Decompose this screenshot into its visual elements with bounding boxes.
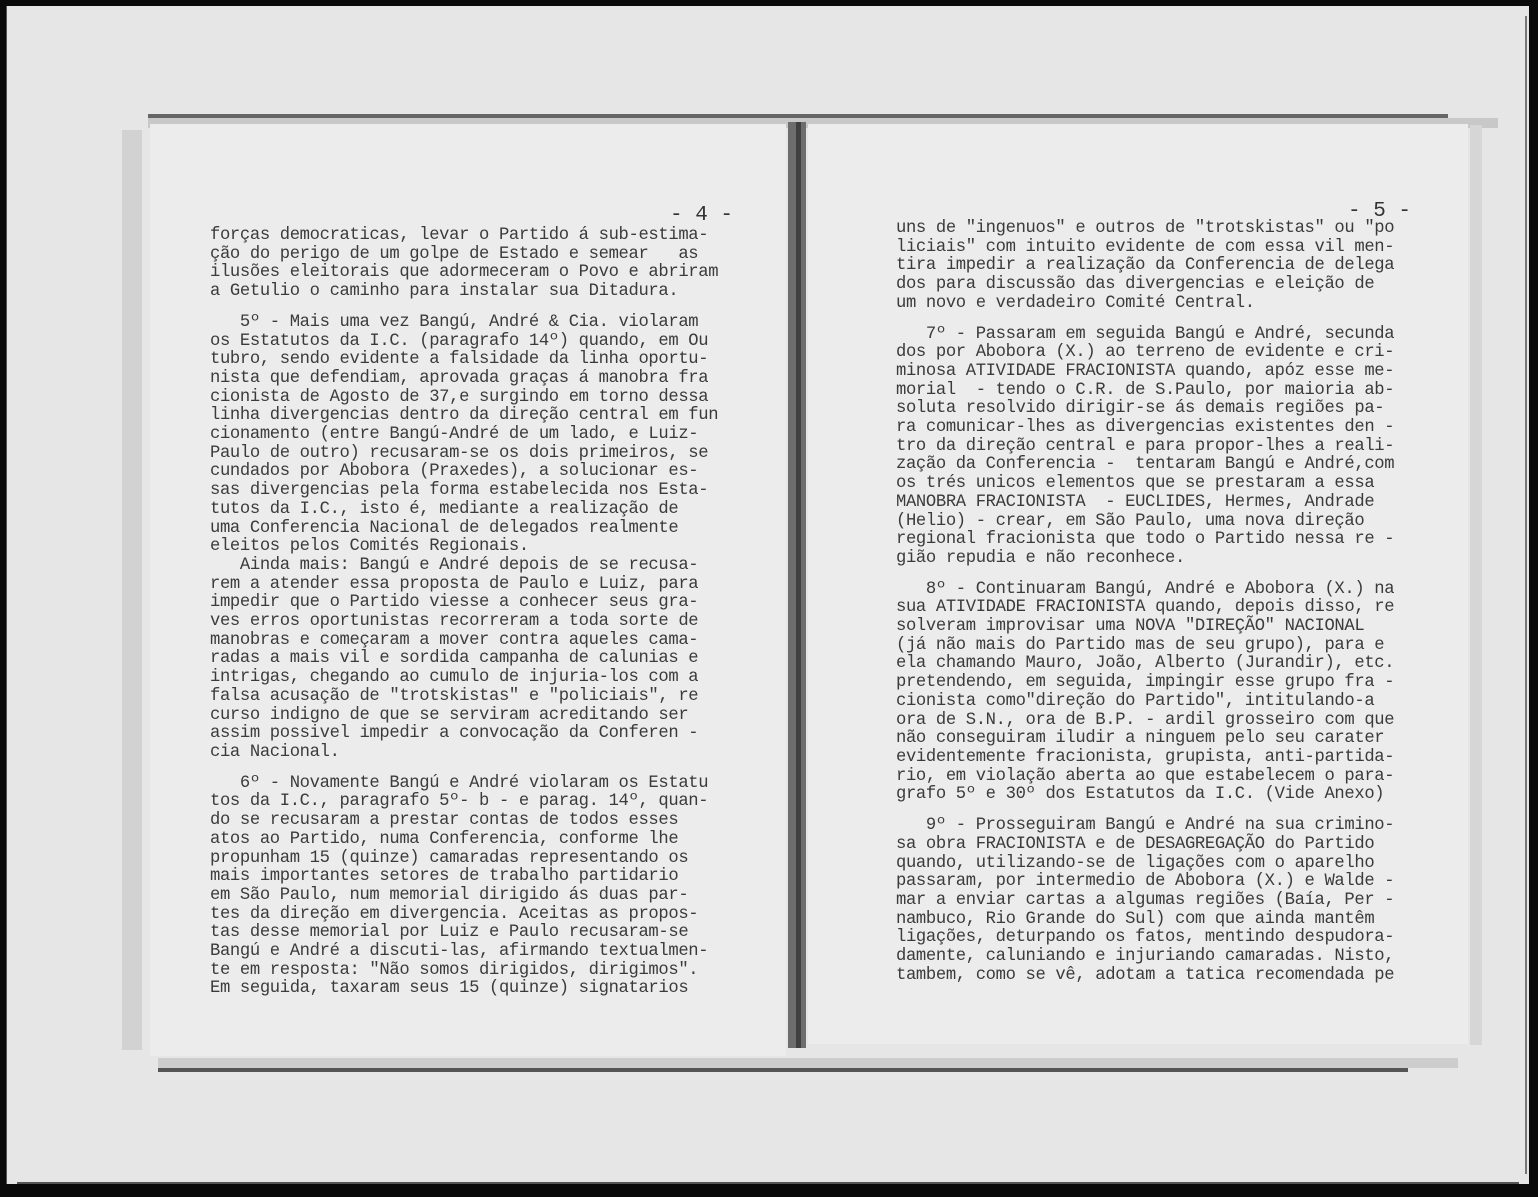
text-line: nista que defendiam, aprovada graças á m… (210, 370, 718, 389)
paragraph-gap (210, 763, 718, 775)
text-line: evidentemente fracionista, grupista, ant… (896, 749, 1394, 768)
text-line: Em seguida, taxaram seus 15 (quinze) sig… (210, 980, 718, 999)
text-line: eleitos pelos Comités Regionais. (210, 538, 718, 557)
text-line: rem a atender essa proposta de Paulo e L… (210, 576, 718, 595)
text-line: solveram improvisar uma NOVA "DIREÇÃO" N… (896, 618, 1394, 637)
paragraph-gap (210, 302, 718, 314)
text-line: atos ao Partido, numa Conferencia, confo… (210, 831, 718, 850)
text-line: liciais" com intuito evidente de com ess… (896, 239, 1394, 258)
text-line: sas divergencias pela forma estabelecida… (210, 482, 718, 501)
text-line: dos para discussão das divergencias e el… (896, 276, 1394, 295)
text-line: intrigas, chegando ao cumulo de injuria-… (210, 669, 718, 688)
text-line: tambem, como se vê, adotam a tatica reco… (896, 967, 1394, 986)
text-line: tro da direção central e para propor-lhe… (896, 438, 1394, 457)
paragraph: 5º - Mais uma vez Bangú, André & Cia. vi… (210, 314, 718, 763)
paragraph: 8º - Continuaram Bangú, André e Abobora … (896, 581, 1394, 805)
text-line: damente, caluniando e injuriando camarad… (896, 948, 1394, 967)
left-page: - 4 - forças democraticas, levar o Parti… (150, 124, 786, 1056)
text-line: tutos da I.C., isto é, mediante a realiz… (210, 501, 718, 520)
text-line: tas desse memorial por Luiz e Paulo recu… (210, 924, 718, 943)
text-line: ves erros oportunistas recorreram a toda… (210, 613, 718, 632)
frame-bottom-line (17, 1182, 1519, 1184)
book-bottom-edge-shadow (158, 1058, 1458, 1068)
paragraph: uns de "ingenuos" e outros de "trotskist… (896, 220, 1394, 314)
paragraph: 7º - Passaram em seguida Bangú e André, … (896, 326, 1394, 569)
text-line: cionista como"direção do Partido", intit… (896, 693, 1394, 712)
text-line: (já não mais do Partido mas de seu grupo… (896, 637, 1394, 656)
text-line: cundados por Abobora (Praxedes), a soluc… (210, 463, 718, 482)
text-line: os Estatutos da I.C. (paragrafo 14º) qua… (210, 333, 718, 352)
text-line: radas a mais vil e sordida campanha de c… (210, 650, 718, 669)
text-line: assim possivel impedir a convocação da C… (210, 725, 718, 744)
text-line: falsa acusação de "trotskistas" e "polic… (210, 688, 718, 707)
text-line: não conseguiram iludir a ninguem pelo se… (896, 730, 1394, 749)
text-line: impedir que o Partido viesse a conhecer … (210, 594, 718, 613)
text-line: rio, em violação aberta ao que estabelec… (896, 768, 1394, 787)
text-line: manobras e começaram a mover contra aque… (210, 632, 718, 651)
frame-edge-line (1525, 16, 1527, 1174)
text-line: dos por Abobora (X.) ao terreno de evide… (896, 344, 1394, 363)
text-line: gião repudia e não reconhece. (896, 550, 1394, 569)
text-line: 7º - Passaram em seguida Bangú e André, … (896, 326, 1394, 345)
text-line: tubro, sendo evidente a falsidade da lin… (210, 351, 718, 370)
right-page: - 5 - uns de "ingenuos" e outros de "tro… (808, 124, 1468, 1044)
text-line: 5º - Mais uma vez Bangú, André & Cia. vi… (210, 314, 718, 333)
text-line: os trés unicos elementos que se prestara… (896, 475, 1394, 494)
text-line: passaram, por intermedio de Abobora (X.)… (896, 873, 1394, 892)
text-line: sa obra FRACIONISTA e de DESAGREGAÇÃO do… (896, 836, 1394, 855)
text-line: linha divergencias dentro da direção cen… (210, 407, 718, 426)
text-line: soluta resolvido dirigir-se ás demais re… (896, 400, 1394, 419)
book-left-edge-shadow (122, 130, 142, 1050)
page-number: - 4 - (670, 204, 733, 227)
text-line: quando, utilizando-se de ligações com o … (896, 855, 1394, 874)
text-line: uns de "ingenuos" e outros de "trotskist… (896, 220, 1394, 239)
text-line: Ainda mais: Bangú e André depois de se r… (210, 557, 718, 576)
text-line: em São Paulo, num memorial dirigido ás d… (210, 887, 718, 906)
text-line: cia Nacional. (210, 744, 718, 763)
paragraph-gap (896, 314, 1394, 326)
book-right-edge-shadow (1470, 125, 1482, 1045)
text-line: propunham 15 (quinze) camaradas represen… (210, 850, 718, 869)
text-line: te em resposta: "Não somos dirigidos, di… (210, 962, 718, 981)
book-top-edge (148, 114, 1448, 118)
text-line: tes da direção em divergencia. Aceitas a… (210, 906, 718, 925)
text-line: mar a enviar cartas a algumas regiões (B… (896, 892, 1394, 911)
text-line: zação da Conferencia - tentaram Bangú e … (896, 456, 1394, 475)
text-line: cionamento (entre Bangú-André de um lado… (210, 426, 718, 445)
text-line: a Getulio o caminho para instalar sua Di… (210, 283, 718, 302)
paragraph: 6º - Novamente Bangú e André violaram os… (210, 775, 718, 999)
book-spine-line (796, 122, 801, 1048)
text-line: ora de S.N., ora de B.P. - ardil grossei… (896, 712, 1394, 731)
text-line: minosa ATIVIDADE FRACIONISTA quando, apó… (896, 363, 1394, 382)
text-line: pretendendo, em seguida, impingir esse g… (896, 674, 1394, 693)
text-line: cionista de Agosto de 37,e surgindo em t… (210, 389, 718, 408)
text-line: ela chamando Mauro, João, Alberto (Juran… (896, 655, 1394, 674)
text-line: forças democraticas, levar o Partido á s… (210, 227, 718, 246)
text-line: sua ATIVIDADE FRACIONISTA quando, depois… (896, 599, 1394, 618)
text-line: Paulo de outro) recusaram-se os dois pri… (210, 445, 718, 464)
text-line: regional fracionista que todo o Partido … (896, 531, 1394, 550)
text-line: mais importantes setores de trabalho par… (210, 868, 718, 887)
text-line: ilusões eleitorais que adormeceram o Pov… (210, 264, 718, 283)
text-line: ra comunicar-lhes as divergencias existe… (896, 419, 1394, 438)
book-bottom-edge (158, 1068, 1408, 1072)
page-body: forças democraticas, levar o Partido á s… (210, 227, 718, 999)
text-line: ção do perigo de um golpe de Estado e se… (210, 246, 718, 265)
text-line: um novo e verdadeiro Comité Central. (896, 295, 1394, 314)
text-line: do se recusaram a prestar contas de todo… (210, 812, 718, 831)
text-line: MANOBRA FRACIONISTA - EUCLIDES, Hermes, … (896, 494, 1394, 513)
paragraph-gap (896, 569, 1394, 581)
paragraph: 9º - Prosseguiram Bangú e André na sua c… (896, 817, 1394, 985)
text-line: grafo 5º e 30º dos Estatutos da I.C. (Vi… (896, 786, 1394, 805)
text-line: 6º - Novamente Bangú e André violaram os… (210, 775, 718, 794)
text-line: (Helio) - crear, em São Paulo, uma nova … (896, 513, 1394, 532)
text-line: uma Conferencia Nacional de delegados re… (210, 520, 718, 539)
paragraph: forças democraticas, levar o Partido á s… (210, 227, 718, 302)
page-body: uns de "ingenuos" e outros de "trotskist… (896, 220, 1394, 985)
text-line: morial - tendo o C.R. de S.Paulo, por ma… (896, 382, 1394, 401)
text-line: tos da I.C., paragrafo 5º- b - e parag. … (210, 793, 718, 812)
text-line: Bangú e André a discuti-las, afirmando t… (210, 943, 718, 962)
text-line: tira impedir a realização da Conferencia… (896, 257, 1394, 276)
text-line: nambuco, Rio Grande do Sul) com que aind… (896, 911, 1394, 930)
text-line: curso indigno de que se serviram acredit… (210, 707, 718, 726)
text-line: 9º - Prosseguiram Bangú e André na sua c… (896, 817, 1394, 836)
text-line: 8º - Continuaram Bangú, André e Abobora … (896, 581, 1394, 600)
text-line: ligações, deturpando os fatos, mentindo … (896, 929, 1394, 948)
